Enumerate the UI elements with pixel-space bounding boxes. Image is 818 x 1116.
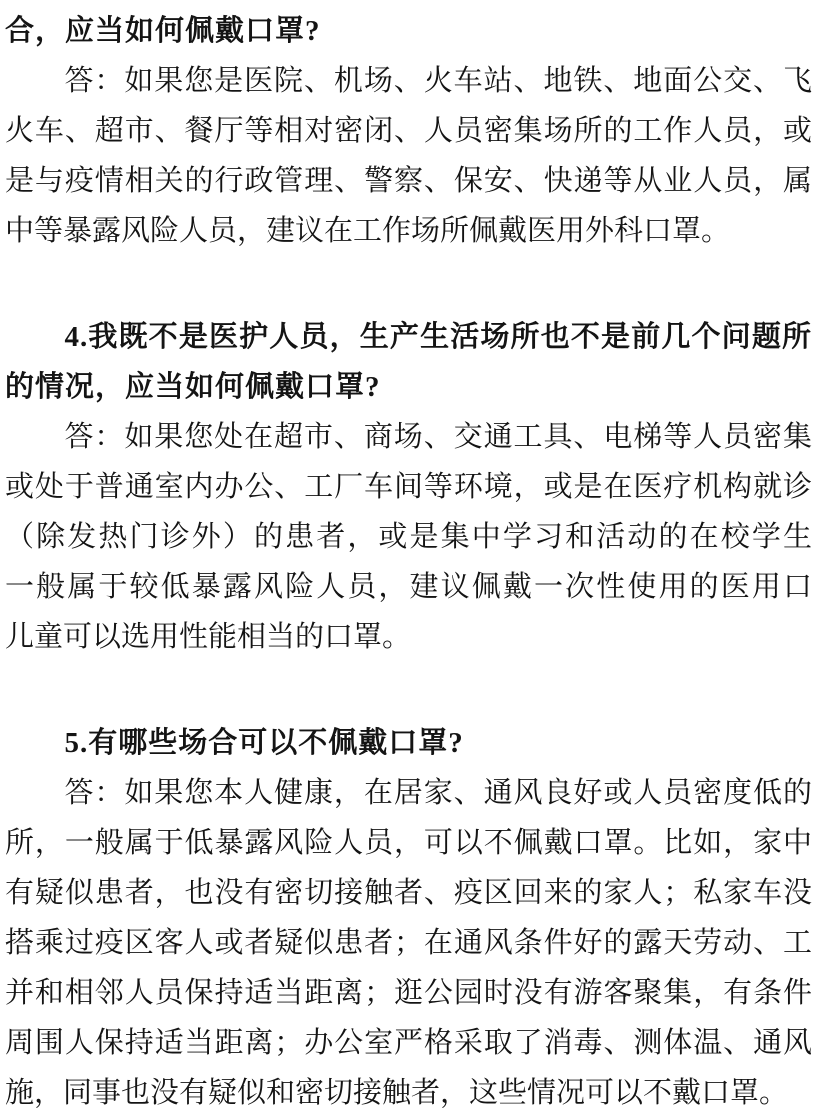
text-line: 搭乘过疫区客人或者疑似患者；在通风条件好的露天劳动、工作， <box>5 918 812 968</box>
text-line: 5.有哪些场合可以不佩戴口罩? <box>5 718 812 768</box>
text-line: 并和相邻人员保持适当距离；逛公园时没有游客聚集，有条件和 <box>5 968 812 1018</box>
text-line: 有疑似患者，也没有密切接触者、疫区回来的家人；私家车没有 <box>5 868 812 918</box>
text-line: 施，同事也没有疑似和密切接触者，这些情况可以不戴口罩。 <box>5 1068 812 1116</box>
text-line: 或处于普通室内办公、工厂车间等环境，或是在医疗机构就诊 <box>5 462 812 512</box>
text-line: 的情况，应当如何佩戴口罩? <box>5 362 812 412</box>
question-3-continuation: 合，应当如何佩戴口罩? <box>5 6 812 56</box>
answer-question-3: 答：如果您是医院、机场、火车站、地铁、地面公交、飞机、 火车、超市、餐厅等相对密… <box>5 56 812 256</box>
text-line: 火车、超市、餐厅等相对密闭、人员密集场所的工作人员，或者 <box>5 106 812 156</box>
text-line: 所，一般属于低暴露风险人员，可以不佩戴口罩。比如，家中没 <box>5 818 812 868</box>
answer-question-5: 答：如果您本人健康，在居家、通风良好或人员密度低的场 所，一般属于低暴露风险人员… <box>5 768 812 1116</box>
question-4: 4.我既不是医护人员，生产生活场所也不是前几个问题所说 的情况，应当如何佩戴口罩… <box>5 312 812 412</box>
text-line: 周围人保持适当距离；办公室严格采取了消毒、测体温、通风措 <box>5 1018 812 1068</box>
text-line: 中等暴露风险人员，建议在工作场所佩戴医用外科口罩。 <box>5 206 812 256</box>
text-line: 答：如果您是医院、机场、火车站、地铁、地面公交、飞机、 <box>5 56 812 106</box>
text-line: 答：如果您本人健康，在居家、通风良好或人员密度低的场 <box>5 768 812 818</box>
text-line: 4.我既不是医护人员，生产生活场所也不是前几个问题所说 <box>5 312 812 362</box>
answer-question-4: 答：如果您处在超市、商场、交通工具、电梯等人员密集区， 或处于普通室内办公、工厂… <box>5 412 812 662</box>
text-line: 合，应当如何佩戴口罩? <box>5 6 812 56</box>
question-5: 5.有哪些场合可以不佩戴口罩? <box>5 718 812 768</box>
text-line: 答：如果您处在超市、商场、交通工具、电梯等人员密集区， <box>5 412 812 462</box>
scanned-document-page: 合，应当如何佩戴口罩? 答：如果您是医院、机场、火车站、地铁、地面公交、飞机、 … <box>0 0 818 1116</box>
text-line: 一般属于较低暴露风险人员，建议佩戴一次性使用的医用口罩， <box>5 562 812 612</box>
text-line: （除发热门诊外）的患者，或是集中学习和活动的在校学生等， <box>5 512 812 562</box>
text-line: 儿童可以选用性能相当的口罩。 <box>5 612 812 662</box>
text-line: 是与疫情相关的行政管理、警察、保安、快递等从业人员，属于 <box>5 156 812 206</box>
